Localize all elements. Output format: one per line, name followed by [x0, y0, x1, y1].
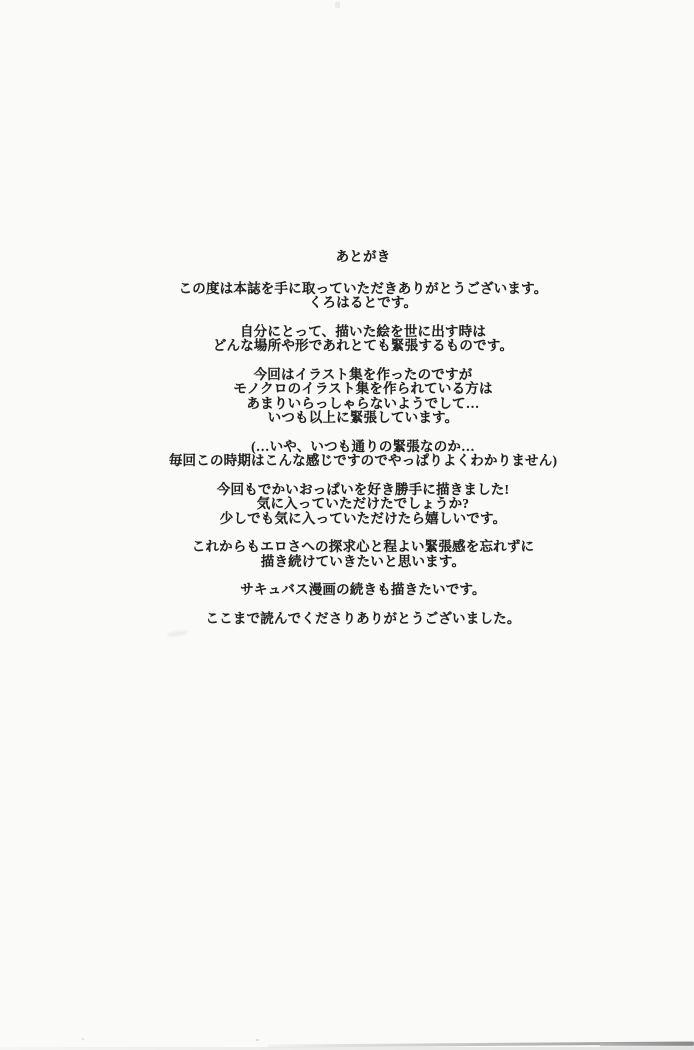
afterword-line: くろはるとです。 [32, 296, 694, 311]
afterword-paragraph-6: これからもエロさへの探求心と程よい緊張感を忘れずに 描き続けていきたいと思います… [32, 540, 694, 569]
afterword-text-block: あとがき この度は本誌を手に取っていただきありがとうございます。 くろはるとです… [32, 250, 694, 626]
afterword-line: 気に入っていただけたでしょうか? [32, 497, 694, 512]
afterword-paragraph-5: 今回もでかいおっぱいを好き勝手に描きました! 気に入っていただけたでしょうか? … [32, 483, 694, 527]
scan-artifact-smudge [167, 630, 188, 638]
afterword-line: 少しでも気に入っていただけたら嬉しいです。 [32, 512, 694, 527]
afterword-paragraph-3: 今回はイラスト集を作ったのですが モノクロのイラスト集を作られている方は あまり… [32, 368, 694, 426]
afterword-line: どんな場所や形であれとても緊張するものです。 [32, 339, 694, 354]
afterword-line: あまりいらっしゃらないようでして… [32, 397, 694, 412]
afterword-line: この度は本誌を手に取っていただきありがとうございます。 [32, 282, 694, 297]
afterword-paragraph-1: この度は本誌を手に取っていただきありがとうございます。 くろはるとです。 [32, 282, 694, 311]
afterword-line: 描き続けていきたいと思います。 [32, 555, 694, 570]
afterword-line: (…いや、いつも通りの緊張なのか… [32, 440, 694, 455]
afterword-paragraph-2: 自分にとって、描いた絵を世に出す時は どんな場所や形であれとても緊張するものです… [32, 325, 694, 354]
afterword-line: 自分にとって、描いた絵を世に出す時は [32, 325, 694, 340]
afterword-line: これからもエロさへの探求心と程よい緊張感を忘れずに [32, 540, 694, 555]
scan-artifact-dot [82, 1038, 84, 1040]
afterword-line: いつも以上に緊張しています。 [32, 411, 694, 426]
scan-artifact-dot [256, 1039, 259, 1041]
afterword-line: 毎回この時期はこんな感じですのでやっぱりよくわかりません) [32, 454, 694, 469]
afterword-title: あとがき [32, 250, 694, 265]
afterword-line: 今回はイラスト集を作ったのですが [32, 368, 694, 383]
afterword-line: 今回もでかいおっぱいを好き勝手に描きました! [32, 483, 694, 498]
afterword-line: サキュバス漫画の続きも描きたいです。 [32, 583, 694, 598]
scanned-page: あとがき この度は本誌を手に取っていただきありがとうございます。 くろはるとです… [0, 0, 694, 1050]
afterword-paragraph-7: サキュバス漫画の続きも描きたいです。 [32, 583, 694, 598]
afterword-paragraph-4: (…いや、いつも通りの緊張なのか… 毎回この時期はこんな感じですのでやっぱりよく… [32, 440, 694, 469]
afterword-paragraph-8: ここまで読んでくださりありがとうございました。 [32, 612, 694, 627]
scan-artifact-top-mark [335, 2, 340, 8]
afterword-line: ここまで読んでくださりありがとうございました。 [32, 612, 694, 627]
scan-artifact-bottom-line-dark [600, 1043, 694, 1046]
afterword-line: モノクロのイラスト集を作られている方は [32, 382, 694, 397]
